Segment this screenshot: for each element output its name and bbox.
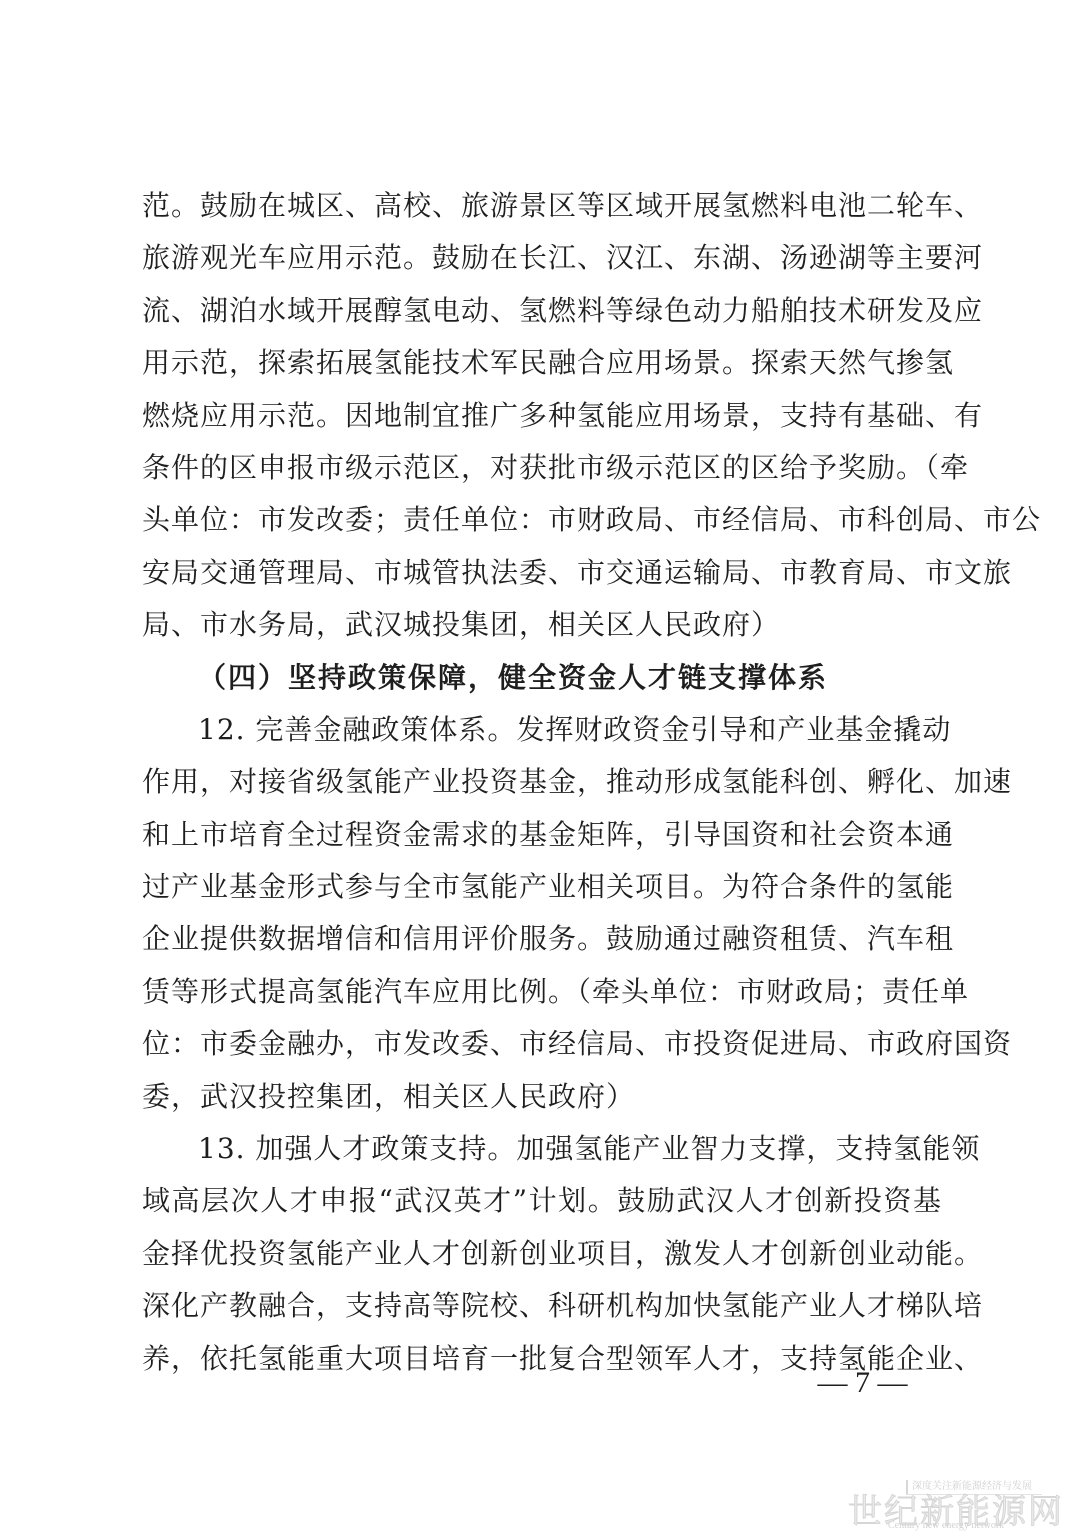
body-line: 条件的区申报市级示范区，对获批市级示范区的区给予奖励。（牵	[142, 442, 942, 494]
item-13-first-line: 13. 加强人才政策支持。加强氢能产业智力支撑，支持氢能领	[142, 1123, 942, 1175]
body-line: 旅游观光车应用示范。鼓励在长江、汉江、东湖、汤逊湖等主要河	[142, 232, 942, 284]
body-line: 局、市水务局，武汉城投集团，相关区人民政府）	[142, 599, 942, 651]
body-line: 安局交通管理局、市城管执法委、市交通运输局、市教育局、市文旅	[142, 547, 942, 599]
body-line: 位：市委金融办，市发改委、市经信局、市投资促进局、市政府国资	[142, 1018, 942, 1070]
body-line: 深化产教融合，支持高等院校、科研机构加快氢能产业人才梯队培	[142, 1280, 942, 1332]
page-number: — 7 —	[815, 1366, 910, 1400]
body-line: 流、湖泊水域开展醇氢电动、氢燃料等绿色动力船舶技术研发及应	[142, 285, 942, 337]
watermark: 深度关注新能源经济与发展 世纪新能源网 Century new energy n…	[848, 1480, 1080, 1532]
body-line: 过产业基金形式参与全市氢能产业相关项目。为符合条件的氢能	[142, 861, 942, 913]
watermark-subtitle: Century new energy network	[888, 1520, 1078, 1531]
body-line: 金择优投资氢能产业人才创新创业项目，激发人才创新创业动能。	[142, 1228, 942, 1280]
body-line: 域高层次人才申报“武汉英才”计划。鼓励武汉人才创新投资基	[142, 1175, 942, 1227]
section-heading: （四）坚持政策保障，健全资金人才链支撑体系	[142, 652, 942, 704]
body-line: 赁等形式提高氢能汽车应用比例。（牵头单位：市财政局；责任单	[142, 966, 942, 1018]
item-12-first-line: 12. 完善金融政策体系。发挥财政资金引导和产业基金撬动	[142, 704, 942, 756]
body-line: 委，武汉投控集团，相关区人民政府）	[142, 1071, 942, 1123]
body-line: 和上市培育全过程资金需求的基金矩阵，引导国资和社会资本通	[142, 809, 942, 861]
body-line: 头单位：市发改委；责任单位：市财政局、市经信局、市科创局、市公	[142, 494, 942, 546]
body-line: 企业提供数据增信和信用评价服务。鼓励通过融资租赁、汽车租	[142, 913, 942, 965]
document-body: 范。鼓励在城区、高校、旅游景区等区域开展氢燃料电池二轮车、 旅游观光车应用示范。…	[142, 180, 942, 1385]
body-line: 燃烧应用示范。因地制宜推广多种氢能应用场景，支持有基础、有	[142, 390, 942, 442]
body-line: 范。鼓励在城区、高校、旅游景区等区域开展氢燃料电池二轮车、	[142, 180, 942, 232]
body-line: 用示范，探索拓展氢能技术军民融合应用场景。探索天然气掺氢	[142, 337, 942, 389]
body-line: 作用，对接省级氢能产业投资基金，推动形成氢能科创、孵化、加速	[142, 756, 942, 808]
document-page: 范。鼓励在城区、高校、旅游景区等区域开展氢燃料电池二轮车、 旅游观光车应用示范。…	[0, 0, 1080, 1532]
